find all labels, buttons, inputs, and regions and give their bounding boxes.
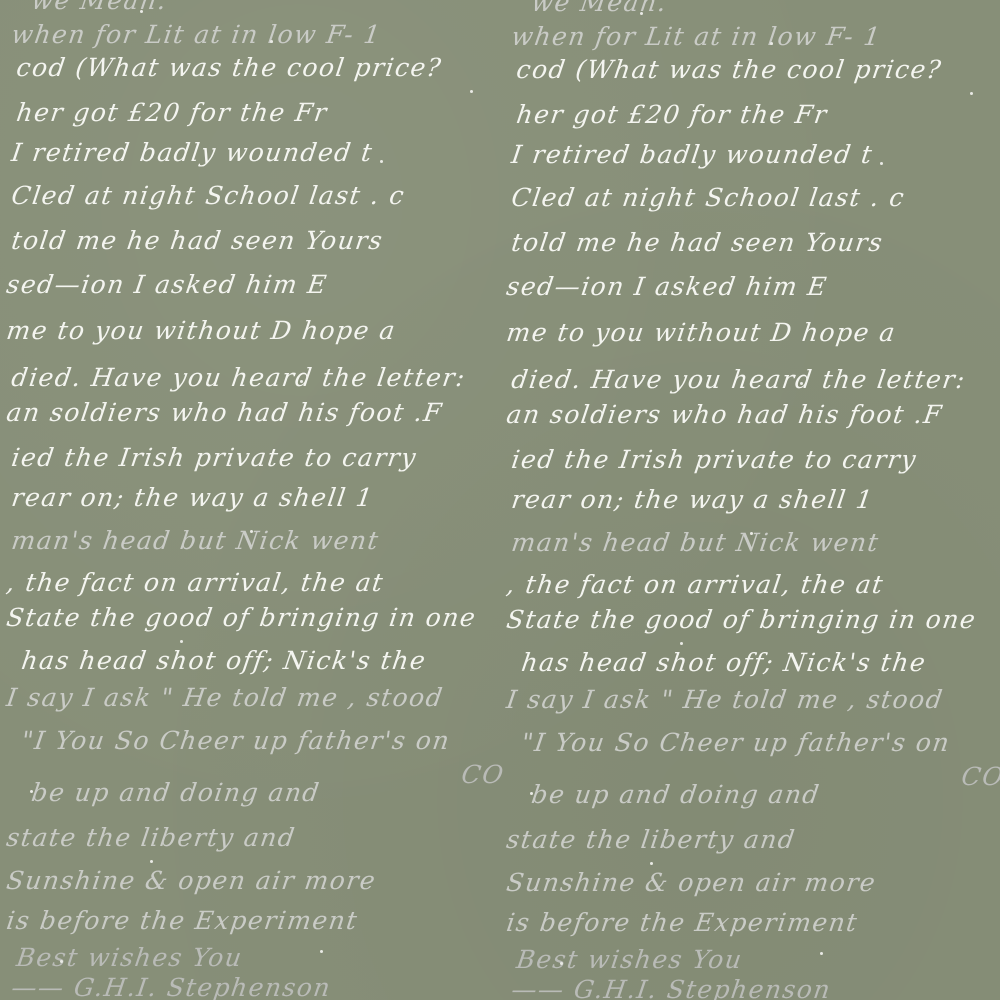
ink-speck	[650, 862, 653, 865]
handwritten-line: Best wishes You	[515, 947, 744, 972]
ink-speck	[750, 532, 753, 535]
handwritten-line: man's head but Nick went	[10, 528, 381, 553]
ink-speck	[770, 42, 773, 45]
handwritten-line: cod (What was the cool price?	[15, 55, 444, 80]
handwritten-line: state the liberty and	[505, 827, 797, 852]
handwritten-line: CO	[960, 764, 1000, 789]
handwritten-line: Best wishes You	[15, 945, 244, 970]
ink-speck	[680, 642, 683, 645]
ink-speck	[250, 530, 253, 533]
ink-speck	[30, 790, 33, 793]
ink-speck	[470, 90, 473, 93]
handwritten-line: me to you without D hope a	[5, 318, 398, 343]
handwritten-line: "I You So Cheer up father's on	[520, 730, 952, 755]
handwritten-line: Cled at night School last . c	[10, 183, 407, 208]
ink-speck	[60, 960, 63, 963]
handwritten-line: told me he had seen Yours	[510, 230, 885, 255]
handwritten-line: we Mean.	[30, 0, 169, 13]
handwritten-line: is before the Experiment	[505, 910, 860, 935]
handwritten-line: be up and doing and	[30, 780, 322, 805]
handwritten-line: rear on; the way a shell 1	[510, 487, 875, 512]
handwritten-line: her got £20 for the Fr	[15, 100, 329, 125]
ink-speck	[140, 10, 143, 13]
handwritten-line: cod (What was the cool price?	[515, 57, 944, 82]
handwritten-line: an soldiers who had his foot .F	[5, 400, 444, 425]
handwritten-line: State the good of bringing in one	[5, 605, 478, 630]
handwritten-line: rear on; the way a shell 1	[10, 485, 375, 510]
ink-speck	[530, 792, 533, 795]
handwritten-line: is before the Experiment	[5, 908, 360, 933]
handwritten-line: we Mean.	[530, 0, 669, 15]
handwritten-line: Sunshine & open air more	[5, 868, 378, 893]
handwritten-line: be up and doing and	[530, 782, 822, 807]
ink-speck	[380, 160, 383, 163]
handwritten-line: man's head but Nick went	[510, 530, 881, 555]
handwritten-line: her got £20 for the Fr	[515, 102, 829, 127]
handwritten-line: ied the Irish private to carry	[510, 447, 919, 472]
handwritten-line: State the good of bringing in one	[505, 607, 978, 632]
handwritten-line: an soldiers who had his foot .F	[505, 402, 944, 427]
handwritten-line: me to you without D hope a	[505, 320, 898, 345]
handwritten-line: —— G.H.I. Stephenson	[10, 975, 333, 1000]
ink-speck	[270, 40, 273, 43]
handwritten-line: I say I ask " He told me , stood	[505, 687, 945, 712]
ink-speck	[560, 962, 563, 965]
ink-speck	[880, 162, 883, 165]
ink-speck	[640, 12, 643, 15]
handwritten-line: , the fact on arrival, the at	[5, 570, 386, 595]
handwritten-line: CO	[460, 762, 506, 787]
handwritten-line: Cled at night School last . c	[510, 185, 907, 210]
ink-speck	[970, 92, 973, 95]
handwritten-line: I retired badly wounded t	[510, 142, 875, 167]
handwritten-line: told me he had seen Yours	[10, 228, 385, 253]
handwritten-line: died. Have you heard the letter:	[10, 365, 468, 390]
handwritten-line: ied the Irish private to carry	[10, 445, 419, 470]
handwritten-line: state the liberty and	[5, 825, 297, 850]
ink-speck	[800, 382, 803, 385]
handwritten-line: when for Lit at in low F- 1	[10, 22, 383, 47]
ink-speck	[180, 640, 183, 643]
handwritten-line: "I You So Cheer up father's on	[20, 728, 452, 753]
handwritten-line: sed—ion I asked him E	[505, 274, 829, 299]
handwritten-line: —— G.H.I. Stephenson	[510, 977, 833, 1000]
handwritten-line: has head shot off; Nick's the	[20, 648, 428, 673]
ink-speck	[820, 952, 823, 955]
handwritten-line: , the fact on arrival, the at	[505, 572, 886, 597]
handwritten-line: when for Lit at in low F- 1	[510, 24, 883, 49]
handwritten-line: I retired badly wounded t	[10, 140, 375, 165]
ink-speck	[300, 380, 303, 383]
handwritten-line: Sunshine & open air more	[505, 870, 878, 895]
handwritten-line: sed—ion I asked him E	[5, 272, 329, 297]
handwritten-line: died. Have you heard the letter:	[510, 367, 968, 392]
ink-speck	[320, 950, 323, 953]
handwritten-line: I say I ask " He told me , stood	[5, 685, 445, 710]
handwritten-line: has head shot off; Nick's the	[520, 650, 928, 675]
ink-speck	[150, 860, 153, 863]
